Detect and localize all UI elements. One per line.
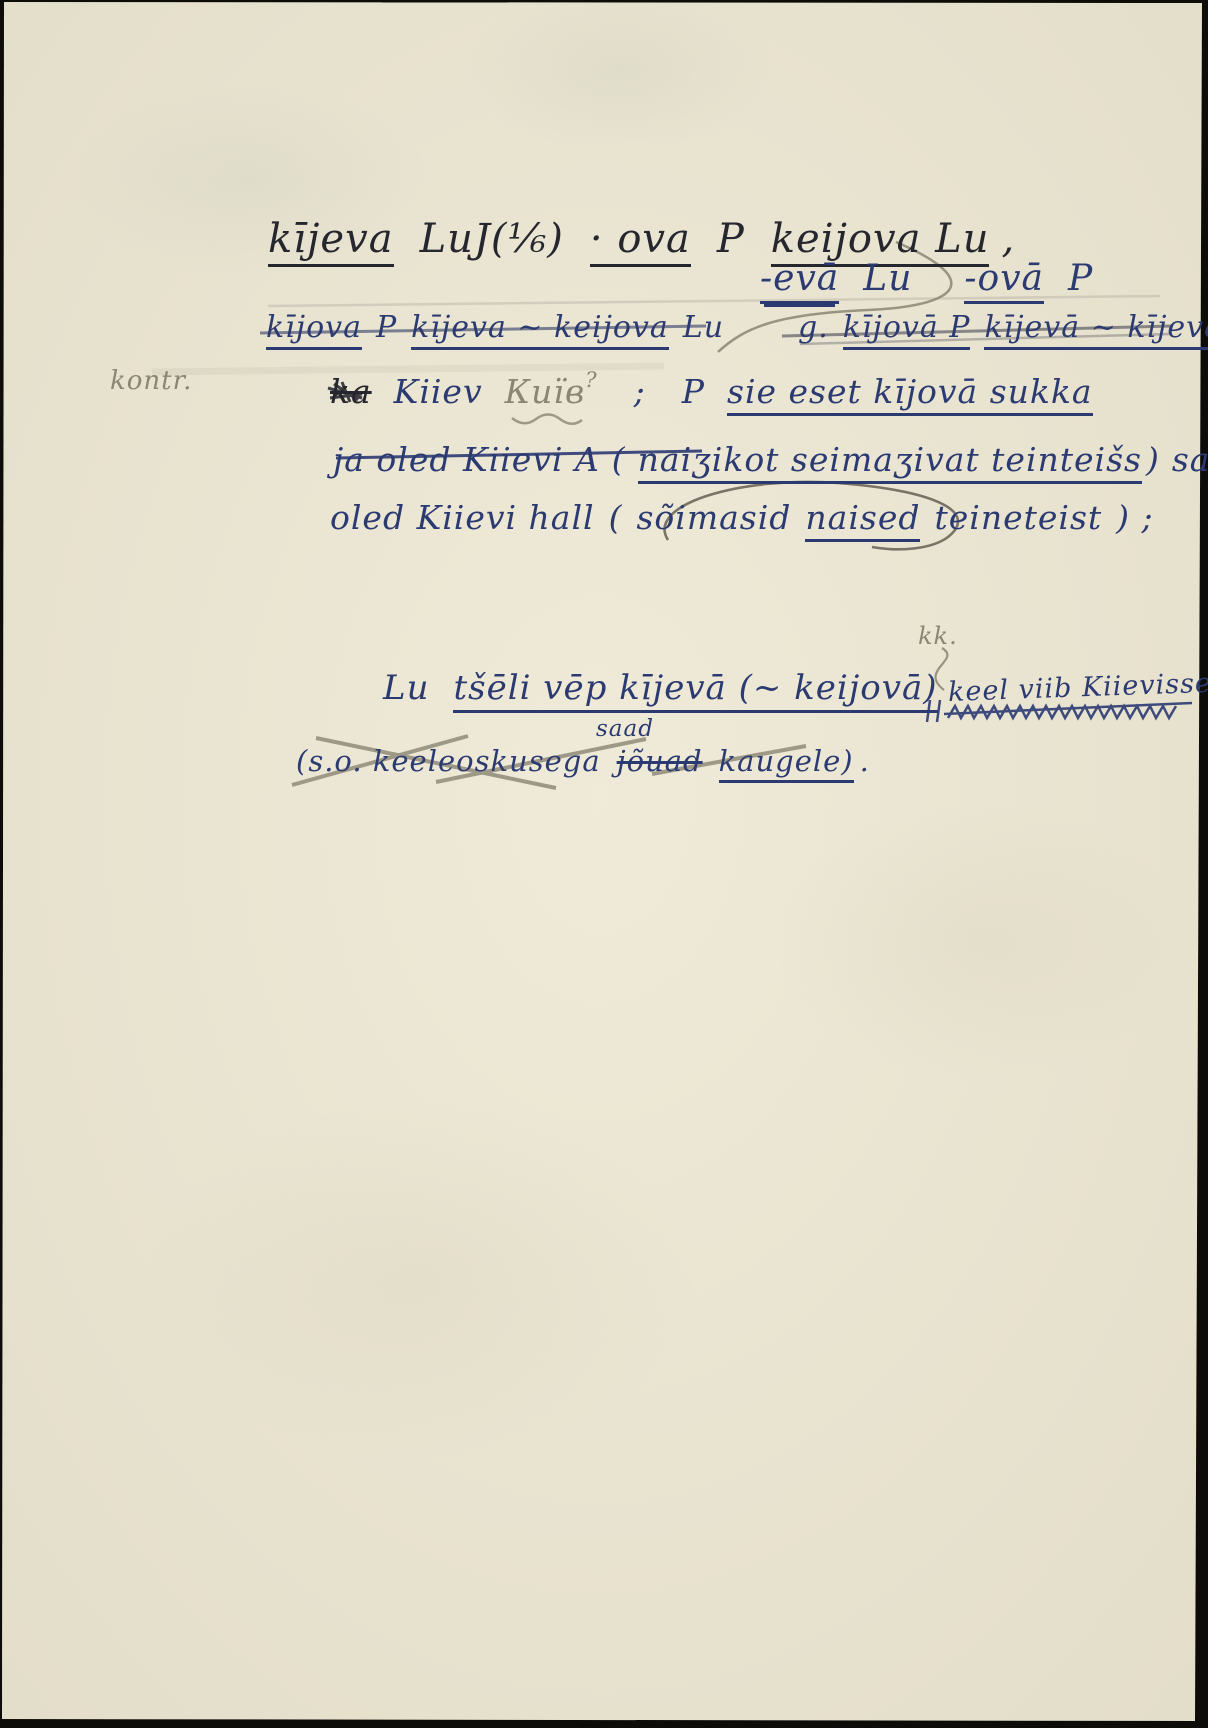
word-segment: LuJ(⅙)	[420, 216, 564, 262]
word-segment: keel viib Kiievisse	[948, 668, 1208, 708]
word-segment: teineteist	[934, 498, 1102, 537]
word-segment: kījevā ~ kījevā Lu	[984, 310, 1208, 350]
period: .	[860, 744, 870, 778]
inserted-correction: saad	[596, 716, 654, 742]
word-segment: kījeva	[268, 216, 394, 267]
punctuation: ;	[634, 372, 646, 411]
word-segment: P	[376, 310, 397, 345]
handwriting-line-8: (s.o. keeleoskusega jõuad kaugele) .	[296, 744, 870, 783]
word-segment: P	[717, 216, 745, 262]
word-segment: Київ	[505, 372, 586, 411]
word-segment: Lu	[863, 258, 912, 299]
deleted-phrase: ja oled Kiievi A	[333, 440, 600, 479]
close-paren: ) ;	[1116, 498, 1153, 537]
comma: ,	[1001, 216, 1015, 262]
word-segment: tšēli vēp kījevā (~ keijovā)	[453, 668, 937, 713]
handwriting-line-3: kījova P kījeva ~ keijova Lu g. kījovā P…	[266, 310, 1208, 350]
open-paren: (	[609, 498, 623, 537]
word-segment: g.	[798, 310, 829, 345]
word-segment: kaugele)	[719, 744, 854, 783]
handwriting-line-6: oled Kiievi hall ( sõimasid naised teine…	[330, 498, 1154, 542]
margin-note-kk: kk.	[918, 622, 958, 650]
handwriting-line-2: -evā Lu -ovā P	[760, 258, 1093, 304]
word-segment: sie eset kījovā sukka	[727, 372, 1093, 416]
word-segment: (s.o. keeleoskusega	[296, 744, 601, 778]
word-segment: kījeva ~ keijova	[411, 310, 669, 350]
word-segment: kījova	[266, 310, 362, 350]
handwriting-line-5: ja oled Kiievi A ( naiʒikot seimaʒivat t…	[333, 440, 1208, 484]
word-segment: -ovā	[964, 258, 1044, 304]
pencil-word: Київ?	[505, 372, 598, 411]
word-segment: naiʒikot seimaʒivat teinteišs	[638, 440, 1142, 484]
word-segment: Kiiev	[394, 372, 483, 411]
word-segment: · ova	[590, 216, 691, 267]
question-mark: ?	[585, 368, 598, 393]
close-paren: )	[1146, 440, 1160, 479]
handwriting-layer: kontr. kījeva LuJ(⅙) · ova P keijova Lu …	[0, 0, 1208, 1728]
handwriting-line-7: Lu tšēli vēp kījevā (~ keijovā)	[383, 668, 938, 713]
deleted-word: ka	[330, 372, 372, 411]
word-segment: Lu	[383, 668, 429, 708]
word-segment: P	[1068, 258, 1093, 299]
word-segment: sa	[1172, 440, 1208, 479]
word-segment: -evā	[760, 258, 839, 304]
scanned-manuscript-page: kontr. kījeva LuJ(⅙) · ova P keijova Lu …	[0, 0, 1208, 1728]
deleted-word: jõuad	[617, 744, 703, 778]
handwriting-line-7-right: keel viib Kiievisse .	[948, 667, 1208, 708]
word-segment: Lu	[683, 310, 724, 345]
margin-note-kontr: kontr.	[110, 366, 192, 396]
handwriting-line-4: ka Kiiev Київ? ; P sie eset kījovā sukka	[330, 372, 1093, 416]
word-segment: sõimasid	[636, 498, 791, 537]
word-segment: P	[682, 372, 705, 411]
open-paren: (	[612, 440, 626, 479]
word-segment: naised	[805, 498, 920, 542]
word-segment: oled Kiievi hall	[330, 498, 595, 537]
word-segment: kījovā P	[843, 310, 971, 350]
